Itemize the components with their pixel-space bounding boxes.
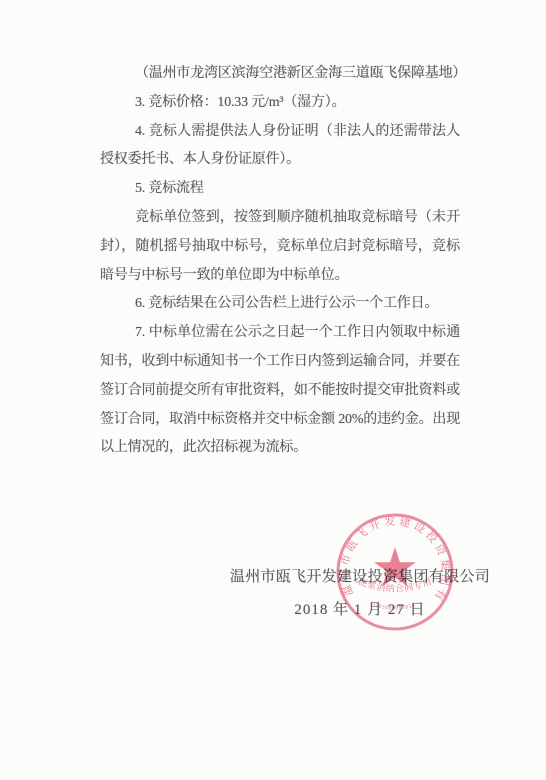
paragraph-location: （温州市龙湾区滨海空港新区金海三道瓯飞保障基地） xyxy=(100,60,460,89)
signature-block: 温州市瓯飞开发建设投资集团有限公司 2018 年 1 月 27 日 xyxy=(230,568,490,620)
document-body: （温州市龙湾区滨海空港新区金海三道瓯飞保障基地） 3. 竞标价格：10.33 元… xyxy=(100,60,460,463)
paragraph-item-4-identity: 4. 竞标人需提供法人身份证明（非法人的还需带法人授权委托书、本人身份证原件）。 xyxy=(100,118,460,176)
paragraph-item-3-price: 3. 竞标价格：10.33 元/m³（湿方）。 xyxy=(100,89,460,118)
signature-date: 2018 年 1 月 27 日 xyxy=(230,601,490,620)
signature-company: 温州市瓯飞开发建设投资集团有限公司 xyxy=(230,568,490,587)
paragraph-item-5-process: 竞标单位签到，按签到顺序随机抽取竞标暗号（未开封），随机摇号抽取中标号，竞标单位… xyxy=(100,204,460,290)
paragraph-item-7-award: 7. 中标单位需在公示之日起一个工作日内领取中标通知书，收到中标通知书一个工作日… xyxy=(100,319,460,463)
document-page: （温州市龙湾区滨海空港新区金海三道瓯飞保障基地） 3. 竞标价格：10.33 元… xyxy=(0,0,546,780)
paragraph-item-5-heading: 5. 竞标流程 xyxy=(100,175,460,204)
paragraph-item-6-publicity: 6. 竞标结果在公司公告栏上进行公示一个工作日。 xyxy=(100,290,460,319)
